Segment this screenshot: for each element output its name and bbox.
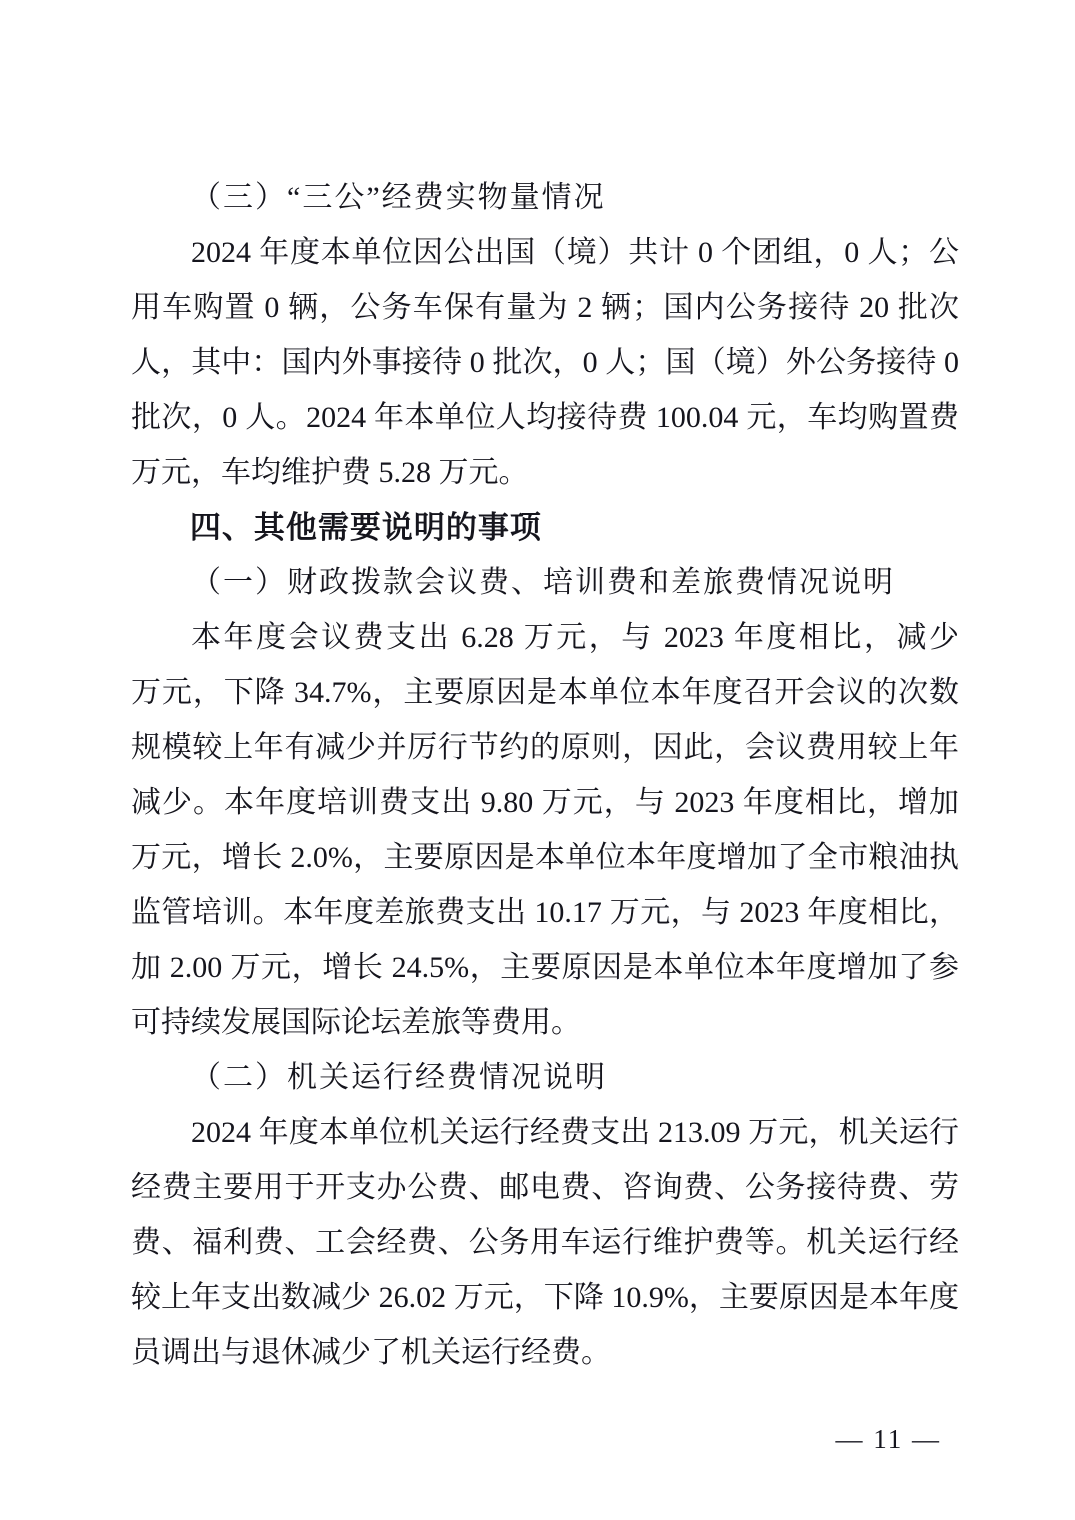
s4-1-para-line-2: 万元，下降 34.7%，主要原因是本单位本年度召开会议的次数与 xyxy=(131,665,959,720)
subsection-heading-meeting-training-travel: （一）财政拨款会议费、培训费和差旅费情况说明 xyxy=(131,555,959,610)
section-heading-three-public-expenses: （三）“三公”经费实物量情况 xyxy=(131,170,959,225)
section-heading-other-matters: 四、其他需要说明的事项 xyxy=(131,500,959,555)
s4-2-para-line-1: 2024 年度本单位机关运行经费支出 213.09 万元，机关运行 xyxy=(131,1105,959,1160)
document-page: （三）“三公”经费实物量情况 2024 年度本单位因公出国（境）共计 0 个团组… xyxy=(0,0,1075,1520)
s4-1-para-line-6: 监管培训。本年度差旅费支出 10.17 万元，与 2023 年度相比，增 xyxy=(131,885,959,940)
s4-1-para-line-8: 可持续发展国际论坛差旅等费用。 xyxy=(131,995,959,1050)
s4-2-para-line-2: 经费主要用于开支办公费、邮电费、咨询费、公务接待费、劳务 xyxy=(131,1160,959,1215)
page-number: — 11 — xyxy=(131,1412,959,1467)
s3-para-line-4: 批次，0 人。2024 年本单位人均接待费 100.04 元，车均购置费 0 xyxy=(131,390,959,445)
document-body: （三）“三公”经费实物量情况 2024 年度本单位因公出国（境）共计 0 个团组… xyxy=(131,170,959,1380)
s3-para-line-3: 人，其中：国内外事接待 0 批次，0 人；国（境）外公务接待 0 xyxy=(131,335,959,390)
s3-para-line-1: 2024 年度本单位因公出国（境）共计 0 个团组，0 人；公务 xyxy=(131,225,959,280)
subsection-heading-agency-operating-funds: （二）机关运行经费情况说明 xyxy=(131,1050,959,1105)
s4-1-para-line-4: 减少。本年度培训费支出 9.80 万元，与 2023 年度相比，增加 0.19 xyxy=(131,775,959,830)
s4-1-para-line-5: 万元，增长 2.0%，主要原因是本单位本年度增加了全市粮油执法 xyxy=(131,830,959,885)
s4-2-para-line-3: 费、福利费、工会经费、公务用车运行维护费等。机关运行经费 xyxy=(131,1215,959,1270)
s4-2-para-line-4: 较上年支出数减少 26.02 万元，下降 10.9%，主要原因是本年度人 xyxy=(131,1270,959,1325)
s4-1-para-line-7: 加 2.00 万元，增长 24.5%，主要原因是本单位本年度增加了参加 xyxy=(131,940,959,995)
s3-para-line-5: 万元，车均维护费 5.28 万元。 xyxy=(131,445,959,500)
s4-2-para-line-5: 员调出与退休减少了机关运行经费。 xyxy=(131,1325,959,1380)
s3-para-line-2: 用车购置 0 辆，公务车保有量为 2 辆；国内公务接待 20 批次 763 xyxy=(131,280,959,335)
s4-1-para-line-1: 本年度会议费支出 6.28 万元，与 2023 年度相比，减少 3.33 xyxy=(131,610,959,665)
s4-1-para-line-3: 规模较上年有减少并厉行节约的原则，因此，会议费用较上年有 xyxy=(131,720,959,775)
